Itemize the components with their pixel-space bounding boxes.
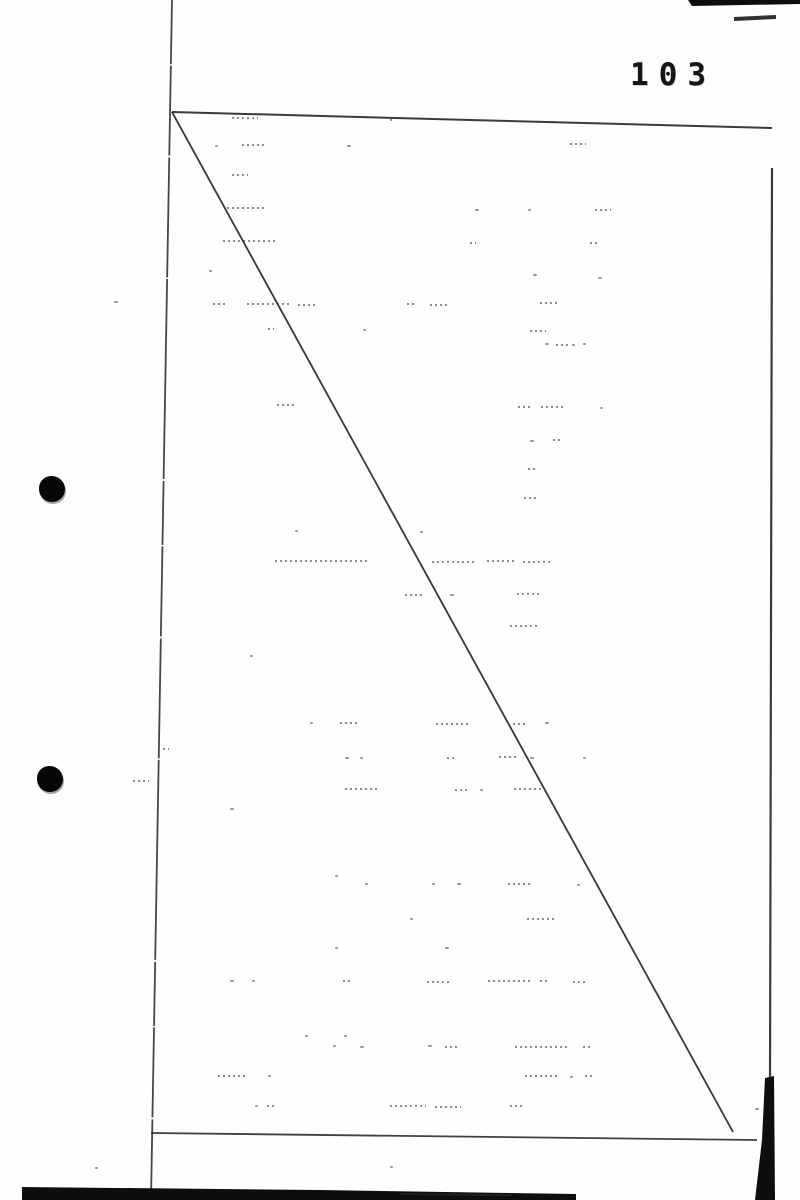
faded-text-mark: [447, 757, 455, 759]
faded-text-mark: [508, 883, 532, 885]
faded-text-mark: [432, 561, 474, 563]
faded-text-mark: [345, 757, 349, 759]
faded-text-mark: [573, 981, 587, 983]
faded-text-mark: [583, 757, 586, 759]
faded-text-mark: [298, 304, 318, 306]
faded-text-mark: [230, 808, 234, 810]
faded-text-mark: [242, 144, 266, 146]
faded-text-mark: [577, 884, 580, 886]
faded-text-mark: [427, 981, 451, 983]
faded-text-mark: [405, 594, 423, 596]
right-edge-line: [770, 168, 772, 1085]
faded-text-mark: [407, 303, 414, 305]
faded-text-mark: [570, 143, 586, 145]
faded-text-mark: [541, 406, 566, 408]
faded-text-mark: [540, 980, 550, 982]
faded-text-mark: [487, 560, 515, 562]
right-edge-shadow: [755, 1076, 775, 1200]
faded-text-mark: [436, 723, 470, 725]
faded-text-mark: [510, 625, 540, 627]
bottom-scan-bar: [22, 1187, 576, 1200]
faded-text-mark: [333, 1045, 336, 1047]
faded-text-mark: [247, 303, 291, 305]
faded-text-mark: [268, 328, 274, 330]
faded-text-mark: [209, 270, 212, 272]
faded-text-mark: [524, 497, 536, 499]
faded-text-mark: [585, 1075, 595, 1077]
faded-text-mark: [515, 1046, 567, 1048]
faded-text-mark: [252, 980, 255, 982]
faded-text-mark: [250, 655, 253, 657]
faded-text-mark: [530, 757, 534, 759]
faded-text-mark: [553, 439, 561, 441]
faded-text-mark: [430, 304, 448, 306]
faded-text-mark: [600, 407, 603, 409]
faded-text-mark: [114, 301, 118, 303]
faded-text-mark: [455, 789, 467, 791]
faded-text-mark: [445, 1046, 460, 1048]
faded-text-mark: [295, 530, 298, 532]
faded-text-mark: [255, 1105, 258, 1107]
hole-punch: [37, 766, 63, 792]
diagonal-strike-line: [172, 112, 733, 1132]
faded-text-mark: [556, 344, 568, 346]
faded-text-mark: [230, 980, 234, 982]
faded-text-mark: [275, 560, 367, 562]
faded-text-mark: [755, 1108, 759, 1110]
faded-text-mark: [530, 440, 534, 442]
faded-text-mark: [595, 209, 611, 211]
faded-text-mark: [470, 242, 476, 244]
faded-text-mark: [545, 722, 549, 724]
faded-text-mark: [347, 145, 351, 147]
faded-text-mark: [310, 722, 313, 724]
faded-text-mark: [548, 121, 556, 123]
faded-text-mark: [363, 329, 366, 331]
bottom-border-line: [151, 1133, 757, 1140]
bottom-scan-bar-tail: [400, 1194, 512, 1195]
faded-text-mark: [583, 1046, 591, 1048]
faded-text-mark: [527, 918, 557, 920]
faded-text-mark: [445, 947, 449, 949]
faded-text-mark: [232, 117, 258, 119]
faded-text-mark: [267, 1105, 275, 1107]
faded-text-mark: [232, 174, 248, 176]
faded-text-mark: [480, 789, 483, 791]
scan-lines-layer: [0, 0, 800, 1200]
faded-text-mark: [583, 343, 586, 345]
scanned-document-page: 103: [0, 0, 800, 1200]
faded-text-mark: [390, 119, 395, 121]
faded-text-mark: [305, 1035, 308, 1037]
faded-text-mark: [450, 594, 454, 596]
faded-text-mark: [499, 756, 517, 758]
faded-text-mark: [218, 1075, 246, 1077]
faded-text-mark: [530, 330, 546, 332]
left-margin-line: [151, 0, 172, 1200]
faded-text-mark: [540, 302, 558, 304]
faded-text-mark: [277, 404, 295, 406]
faded-text-mark: [598, 277, 602, 279]
faded-text-mark: [572, 344, 575, 346]
faded-text-mark: [213, 303, 228, 305]
faded-text-mark: [344, 1035, 347, 1037]
faded-text-mark: [514, 788, 542, 790]
faded-text-mark: [215, 145, 218, 147]
faded-text-mark: [570, 1076, 573, 1078]
faded-text-mark: [517, 593, 539, 595]
faded-text-mark: [432, 883, 435, 885]
page-number: 103: [630, 57, 716, 93]
faded-text-mark: [475, 209, 479, 211]
faded-text-mark: [410, 918, 413, 920]
faded-text-mark: [510, 1105, 524, 1107]
faded-text-mark: [528, 468, 536, 470]
faded-text-mark: [528, 209, 531, 211]
faded-text-mark: [340, 722, 358, 724]
faded-text-mark: [390, 1105, 426, 1107]
hole-punch: [39, 476, 65, 502]
faded-text-mark: [335, 875, 338, 877]
faded-text-mark: [345, 788, 377, 790]
faded-text-mark: [428, 1045, 432, 1047]
faded-text-mark: [360, 1046, 364, 1048]
faded-text-mark: [525, 1075, 557, 1077]
faded-text-mark: [545, 343, 549, 345]
faded-text-mark: [513, 723, 525, 725]
faded-text-mark: [457, 883, 461, 885]
faded-text-mark: [268, 1075, 271, 1077]
top-border-line: [172, 112, 772, 128]
faded-text-mark: [343, 980, 351, 982]
faded-text-mark: [365, 883, 368, 885]
faded-text-mark: [533, 274, 537, 276]
top-right-dash-artifact: [734, 17, 776, 19]
faded-text-mark: [435, 1106, 461, 1108]
faded-text-mark: [420, 531, 423, 533]
faded-text-mark: [223, 240, 277, 242]
faded-text-mark: [360, 757, 363, 759]
faded-text-mark: [133, 780, 149, 782]
faded-text-mark: [518, 406, 532, 408]
faded-text-mark: [95, 1167, 98, 1169]
top-edge-scan-artifact: [688, 0, 800, 6]
faded-text-mark: [227, 207, 267, 209]
faded-text-mark: [488, 980, 530, 982]
faded-text-mark: [163, 748, 169, 750]
faded-text-mark: [523, 561, 553, 563]
faded-text-mark: [590, 242, 598, 244]
faded-text-mark: [390, 1166, 393, 1168]
faded-text-mark: [335, 947, 338, 949]
